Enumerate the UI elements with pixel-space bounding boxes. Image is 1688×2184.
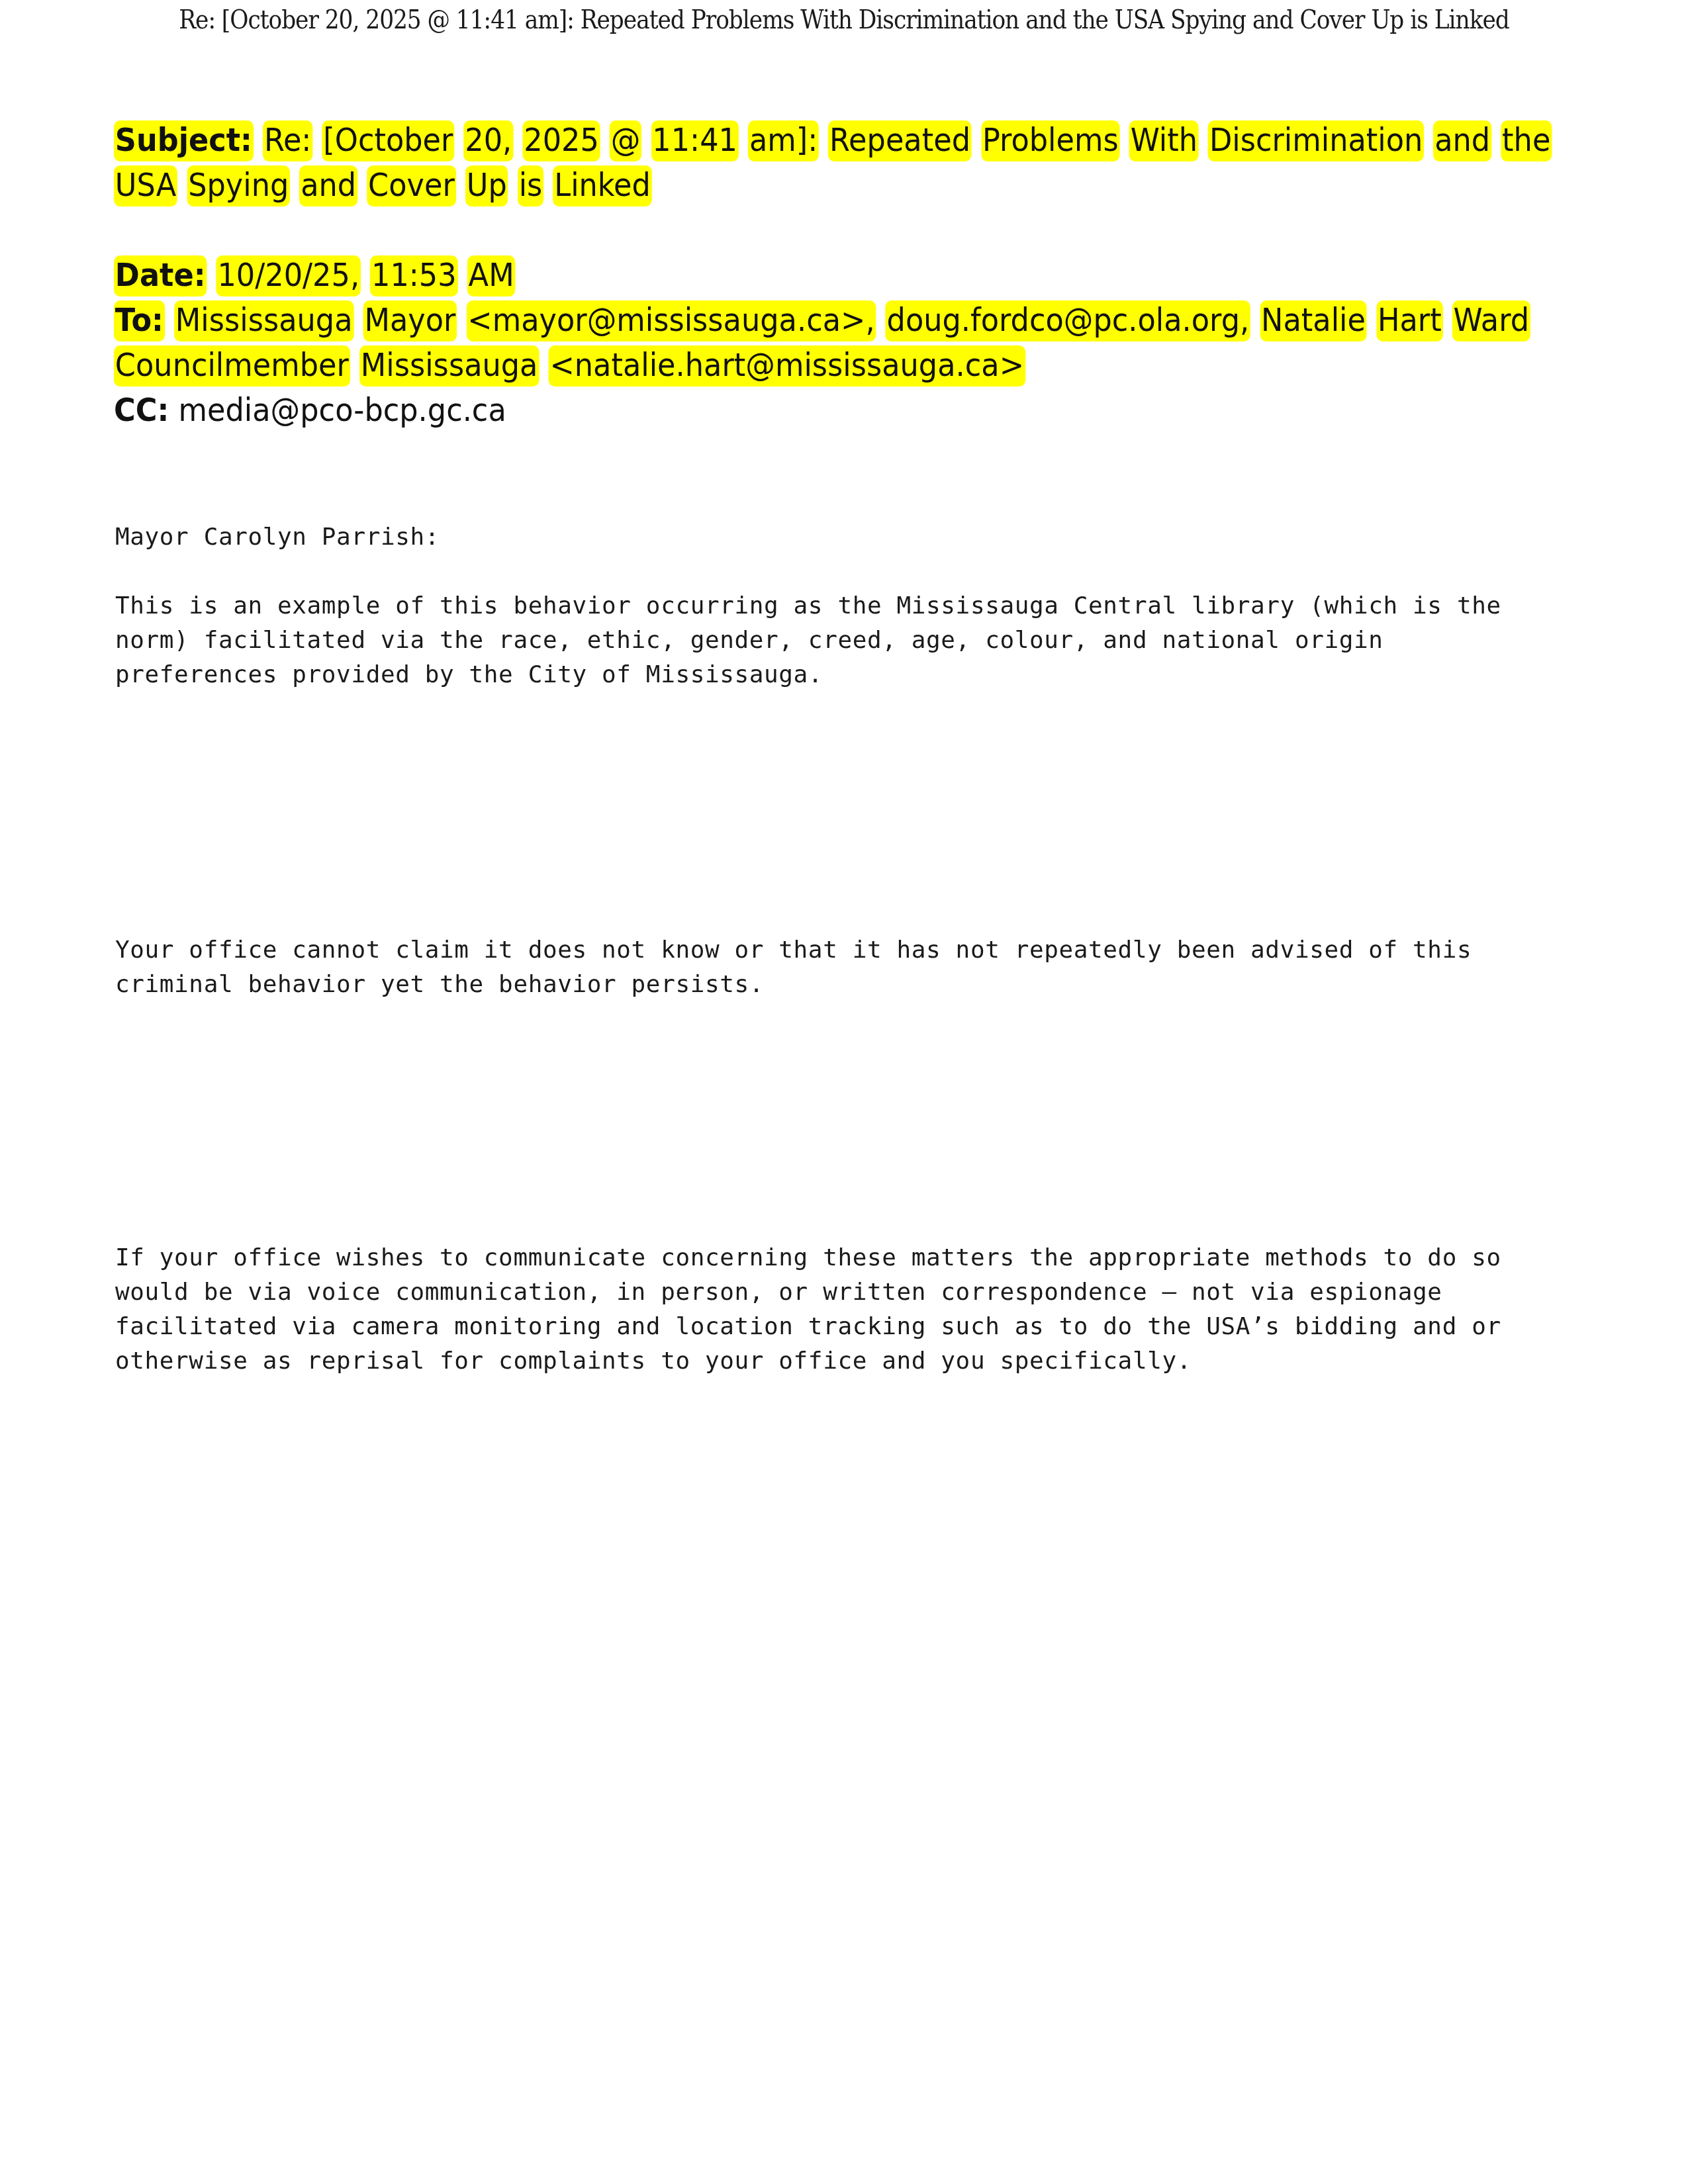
subject-line: Subject: Re: [October 20, 2025 @ 11:41 a… [114,118,1590,208]
highlighted-word: [October [322,120,454,161]
highlighted-word: am]: [748,120,819,161]
cc-label: CC: [114,392,169,429]
highlighted-word: Discrimination [1208,120,1424,161]
highlighted-word: and [1433,120,1491,161]
highlighted-word: Mississauga [359,345,539,387]
date-value: 10/20/25, 11:53 AM [216,255,516,296]
to-recipients-line1: Mississauga Mayor <mayor@mississauga.ca>… [174,300,1530,341]
highlighted-word: the [1501,120,1552,161]
to-line: To: Mississauga Mayor <mayor@mississauga… [114,298,1590,388]
subject-label: Subject: [114,120,254,161]
highlighted-word: <mayor@mississauga.ca>, [466,300,876,341]
highlighted-word: Problems [981,120,1119,161]
highlighted-word: doug.fordco@pc.ola.org, [886,300,1250,341]
cc-line: CC: media@pco-bcp.gc.ca [114,388,1590,433]
body-paragraph-1: This is an example of this behavior occu… [115,589,1605,692]
page-header-title: Re: [October 20, 2025 @ 11:41 am]: Repea… [118,0,1570,41]
email-header: Subject: Re: [October 20, 2025 @ 11:41 a… [114,118,1590,433]
date-line: Date: 10/20/25, 11:53 AM [114,253,1590,298]
subject-line1: Re: [October 20, 2025 @ 11:41 am]: Repea… [263,120,1552,161]
highlighted-word: 11:41 [651,120,738,161]
highlighted-word: AM [467,255,516,296]
highlighted-word: Mayor [363,300,457,341]
highlighted-word: 2025 [522,120,600,161]
highlighted-word: Ward [1452,300,1530,341]
to-label: To: [114,300,165,341]
cc-value: media@pco-bcp.gc.ca [179,392,506,429]
to-recipients-line2: Councilmember Mississauga <natalie.hart@… [114,345,1025,387]
highlighted-word: 11:53 [370,255,457,296]
highlighted-word: Natalie [1260,300,1367,341]
body-paragraph-2: Your office cannot claim it does not kno… [115,933,1605,1002]
highlighted-word: 10/20/25, [216,255,361,296]
highlighted-word: and [299,165,357,206]
highlighted-word: Mississauga [174,300,353,341]
highlighted-word: 20, [463,120,513,161]
highlighted-word: @ [610,120,641,161]
highlighted-word: Up [465,165,508,206]
highlighted-word: Cover [367,165,455,206]
highlighted-word: <natalie.hart@mississauga.ca> [549,345,1025,387]
highlighted-word: Hart [1376,300,1442,341]
highlighted-word: Linked [553,165,651,206]
highlighted-word: Spying [187,165,290,206]
subject-line2: USA Spying and Cover Up is Linked [114,165,652,206]
highlighted-word: Re: [263,120,312,161]
body-paragraph-3: If your office wishes to communicate con… [115,1241,1605,1379]
highlighted-word: Councilmember [114,345,350,387]
highlighted-word: Repeated [828,120,972,161]
header-spacer [114,208,1590,253]
salutation: Mayor Carolyn Parrish: [115,520,1605,555]
date-label: Date: [114,255,207,296]
highlighted-word: USA [114,165,177,206]
highlighted-word: is [518,165,543,206]
highlighted-word: With [1129,120,1199,161]
